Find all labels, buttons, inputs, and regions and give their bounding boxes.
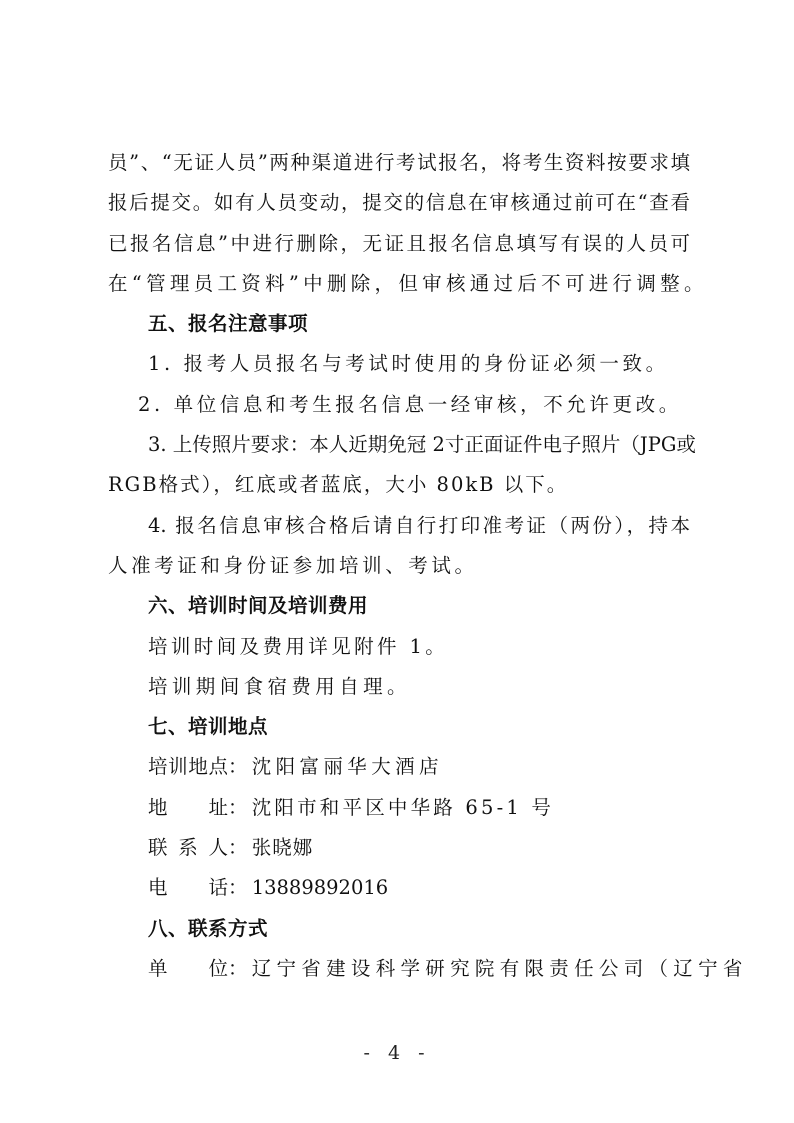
field-address: 地址：沈阳市和平区中华路 65-1 号 [108,788,690,828]
paragraph-line: 员”、“无证人员”两种渠道进行考试报名，将考生资料按要求填 [108,143,690,183]
field-colon: ： [228,957,252,980]
training-time-line: 培训时间及费用详见附件 1。 [108,627,690,667]
document-page: 员”、“无证人员”两种渠道进行考试报名，将考生资料按要求填 报后提交。如有人员变… [0,0,794,1123]
paragraph-line: 报后提交。如有人员变动，提交的信息在审核通过前可在“查看 [108,183,690,223]
field-colon: ： [228,876,252,899]
section-heading-registration-notes: 五、报名注意事项 [108,304,690,344]
notice-item-2: 2. 单位信息和考生报名信息一经审核，不允许更改。 [108,385,690,425]
field-value: 13889892016 [252,876,388,899]
field-label: 电话 [148,868,228,908]
section-heading-training-location: 七、培训地点 [108,707,690,747]
field-value: 张晓娜 [252,836,314,859]
field-training-location: 培训地点：沈阳富丽华大酒店 [108,747,690,787]
field-colon: ： [228,836,252,859]
field-phone: 电话：13889892016 [108,868,690,908]
field-value: 辽宁省建设科学研究院有限责任公司（辽宁省 [252,957,748,980]
notice-item-4-line-2: 人准考证和身份证参加培训、考试。 [108,546,690,586]
paragraph-line: 已报名信息”中进行删除，无证且报名信息填写有误的人员可 [108,224,690,264]
notice-item-4-line-1: 4. 报名信息审核合格后请自行打印准考证（两份），持本 [108,506,690,546]
document-body: 员”、“无证人员”两种渠道进行考试报名，将考生资料按要求填 报后提交。如有人员变… [108,143,690,989]
training-accommodation-line: 培训期间食宿费用自理。 [108,667,690,707]
field-colon: ： [228,755,252,778]
notice-item-3-line-2: RGB格式），红底或者蓝底，大小 80kB 以下。 [108,465,690,505]
section-heading-training-time-fees: 六、培训时间及培训费用 [108,586,690,626]
field-colon: ： [228,796,252,819]
field-value: 沈阳富丽华大酒店 [252,755,443,778]
field-label: 地址 [148,788,228,828]
field-label: 培训地点 [148,747,228,787]
field-label: 单位 [148,949,228,989]
field-label: 联系人 [148,828,228,868]
notice-item-1: 1. 报考人员报名与考试时使用的身份证必须一致。 [108,344,690,384]
section-heading-contact-info: 八、联系方式 [108,909,690,949]
field-contact-person: 联系人：张晓娜 [108,828,690,868]
field-organization: 单位：辽宁省建设科学研究院有限责任公司（辽宁省 [108,949,690,989]
field-value: 沈阳市和平区中华路 65-1 号 [252,796,554,819]
notice-item-3-line-1: 3. 上传照片要求：本人近期免冠 2寸正面证件电子照片（JPG或 [108,425,690,465]
paragraph-line: 在“管理员工资料”中删除，但审核通过后不可进行调整。 [108,264,690,304]
page-number: - 4 - [0,1042,794,1064]
